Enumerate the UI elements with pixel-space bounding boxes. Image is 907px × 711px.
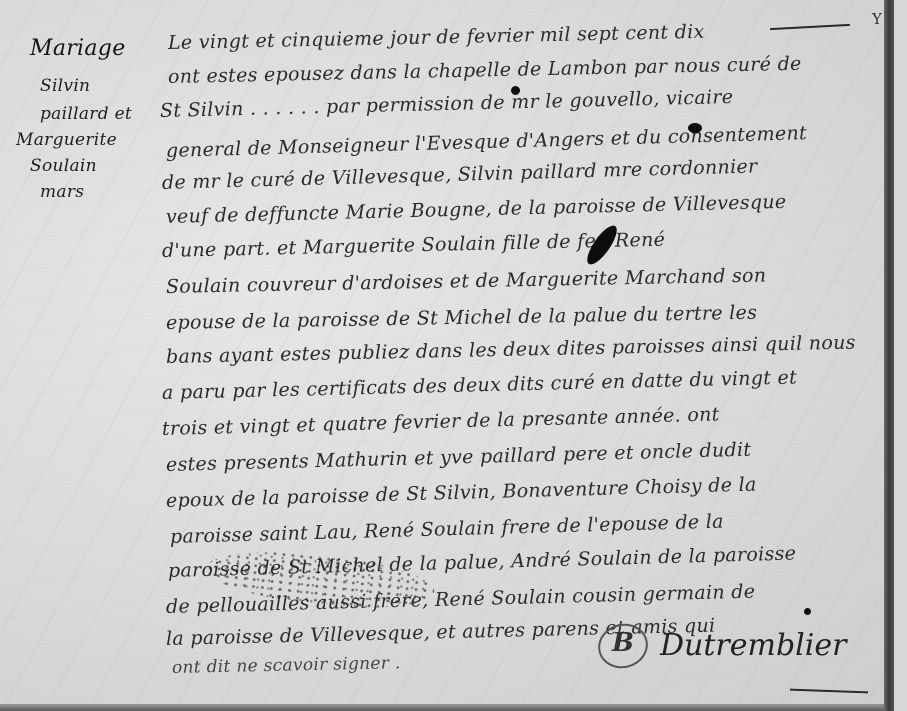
body-line-9: epouse de la paroisse de St Michel de la… bbox=[166, 302, 758, 334]
signature-initial: B bbox=[612, 628, 634, 658]
margin-note-bride-surname: Soulain bbox=[30, 156, 97, 176]
body-line-12: trois et vingt et quatre fevrier de la p… bbox=[162, 403, 720, 440]
signature-name: Dutremblier bbox=[660, 628, 846, 663]
body-line-2: ont estes epousez dans la chapelle de La… bbox=[168, 53, 802, 88]
ink-dot-bottom bbox=[804, 608, 811, 615]
body-line-15: paroisse saint Lau, René Soulain frere d… bbox=[170, 511, 724, 548]
body-line-11: a paru par les certificats des deux dits… bbox=[162, 366, 798, 404]
margin-title: Mariage bbox=[30, 36, 126, 61]
margin-note-bride-firstname: Marguerite bbox=[16, 130, 117, 150]
facing-page-edge bbox=[894, 0, 907, 711]
body-line-8: Soulain couvreur d'ardoises et de Margue… bbox=[166, 264, 767, 298]
body-line-5: de mr le curé de Villevesque, Silvin pai… bbox=[162, 155, 758, 194]
binding-edge bbox=[884, 0, 894, 711]
body-line-14: epoux de la paroisse de St Silvin, Bonav… bbox=[166, 474, 757, 512]
page-marker: Y bbox=[872, 10, 882, 28]
body-line-10: bans ayant estes publiez dans les deux d… bbox=[166, 332, 856, 368]
closing-stroke bbox=[790, 689, 868, 694]
register-page: Mariage Silvin paillard et Marguerite So… bbox=[0, 0, 907, 711]
body-line-13: estes presents Mathurin et yve paillard … bbox=[166, 439, 752, 476]
ink-blot-small bbox=[688, 123, 702, 133]
margin-note-groom-surname: paillard et bbox=[40, 104, 132, 124]
body-line-19: ont dit ne scavoir signer . bbox=[172, 653, 401, 678]
strike-stroke bbox=[770, 24, 850, 30]
ink-dot bbox=[511, 86, 520, 95]
margin-note-month: mars bbox=[40, 182, 84, 202]
body-line-1: Le vingt et cinquieme jour de fevrier mi… bbox=[168, 21, 705, 54]
margin-note-groom-firstname: Silvin bbox=[40, 76, 90, 96]
page-bottom-edge bbox=[0, 704, 884, 711]
body-line-6: veuf de deffuncte Marie Bougne, de la pa… bbox=[166, 191, 787, 228]
body-line-3: St Silvin . . . . . . par permission de … bbox=[160, 86, 734, 122]
